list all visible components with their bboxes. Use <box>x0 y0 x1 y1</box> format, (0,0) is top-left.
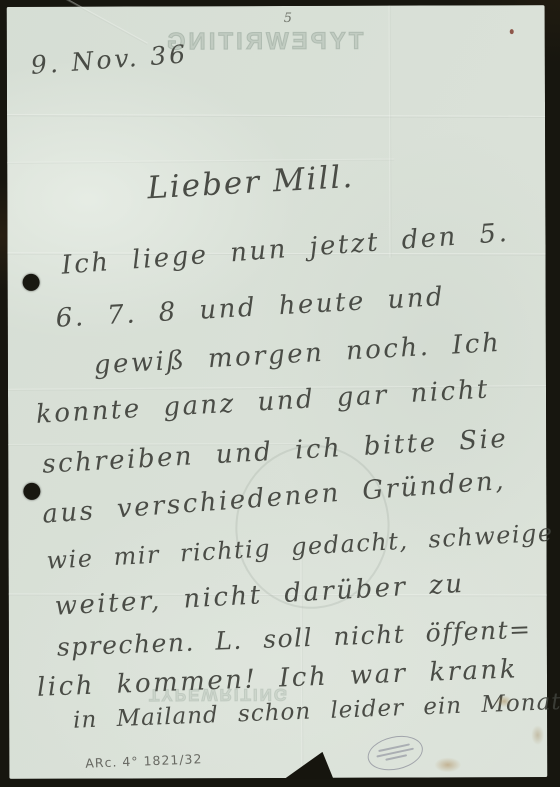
paper-tear <box>284 752 333 779</box>
paper-stain <box>434 757 461 772</box>
handwriting-line: gewiß morgen noch. Ich <box>93 328 502 381</box>
page-number-annotation: 5 <box>284 11 292 26</box>
letter-paper: TYPEWRITING TYPEWRITING 5 9. Nov. 36 Lie… <box>7 5 548 779</box>
letter-date: 9. Nov. 36 <box>30 39 189 79</box>
typewriting-watermark-top: TYPEWRITING <box>164 28 364 57</box>
paper-stain <box>531 725 544 745</box>
salutation: Lieber Mill. <box>146 159 355 207</box>
handwriting-line: sprechen. L. soll nicht öffent= <box>56 615 532 662</box>
handwriting-line: Ich liege nun jetzt den 5. <box>60 218 510 281</box>
handwriting-line: 6. 7. 8 und heute und <box>55 282 446 334</box>
paper-stain <box>496 695 512 707</box>
punch-hole-top <box>23 274 40 291</box>
corner-fold-crease <box>15 0 147 45</box>
scanned-letter-page: TYPEWRITING TYPEWRITING 5 9. Nov. 36 Lie… <box>0 0 560 787</box>
library-stamp <box>364 731 426 775</box>
fold-crease <box>7 114 545 118</box>
stamp-text-line <box>385 754 407 761</box>
fold-crease <box>389 6 392 258</box>
handwriting-line: konnte ganz und gar nicht <box>35 374 490 429</box>
ink-speck <box>510 29 514 34</box>
archival-reference: ARc. 4° 1821/32 <box>85 751 203 770</box>
punch-hole-bottom <box>23 483 40 500</box>
